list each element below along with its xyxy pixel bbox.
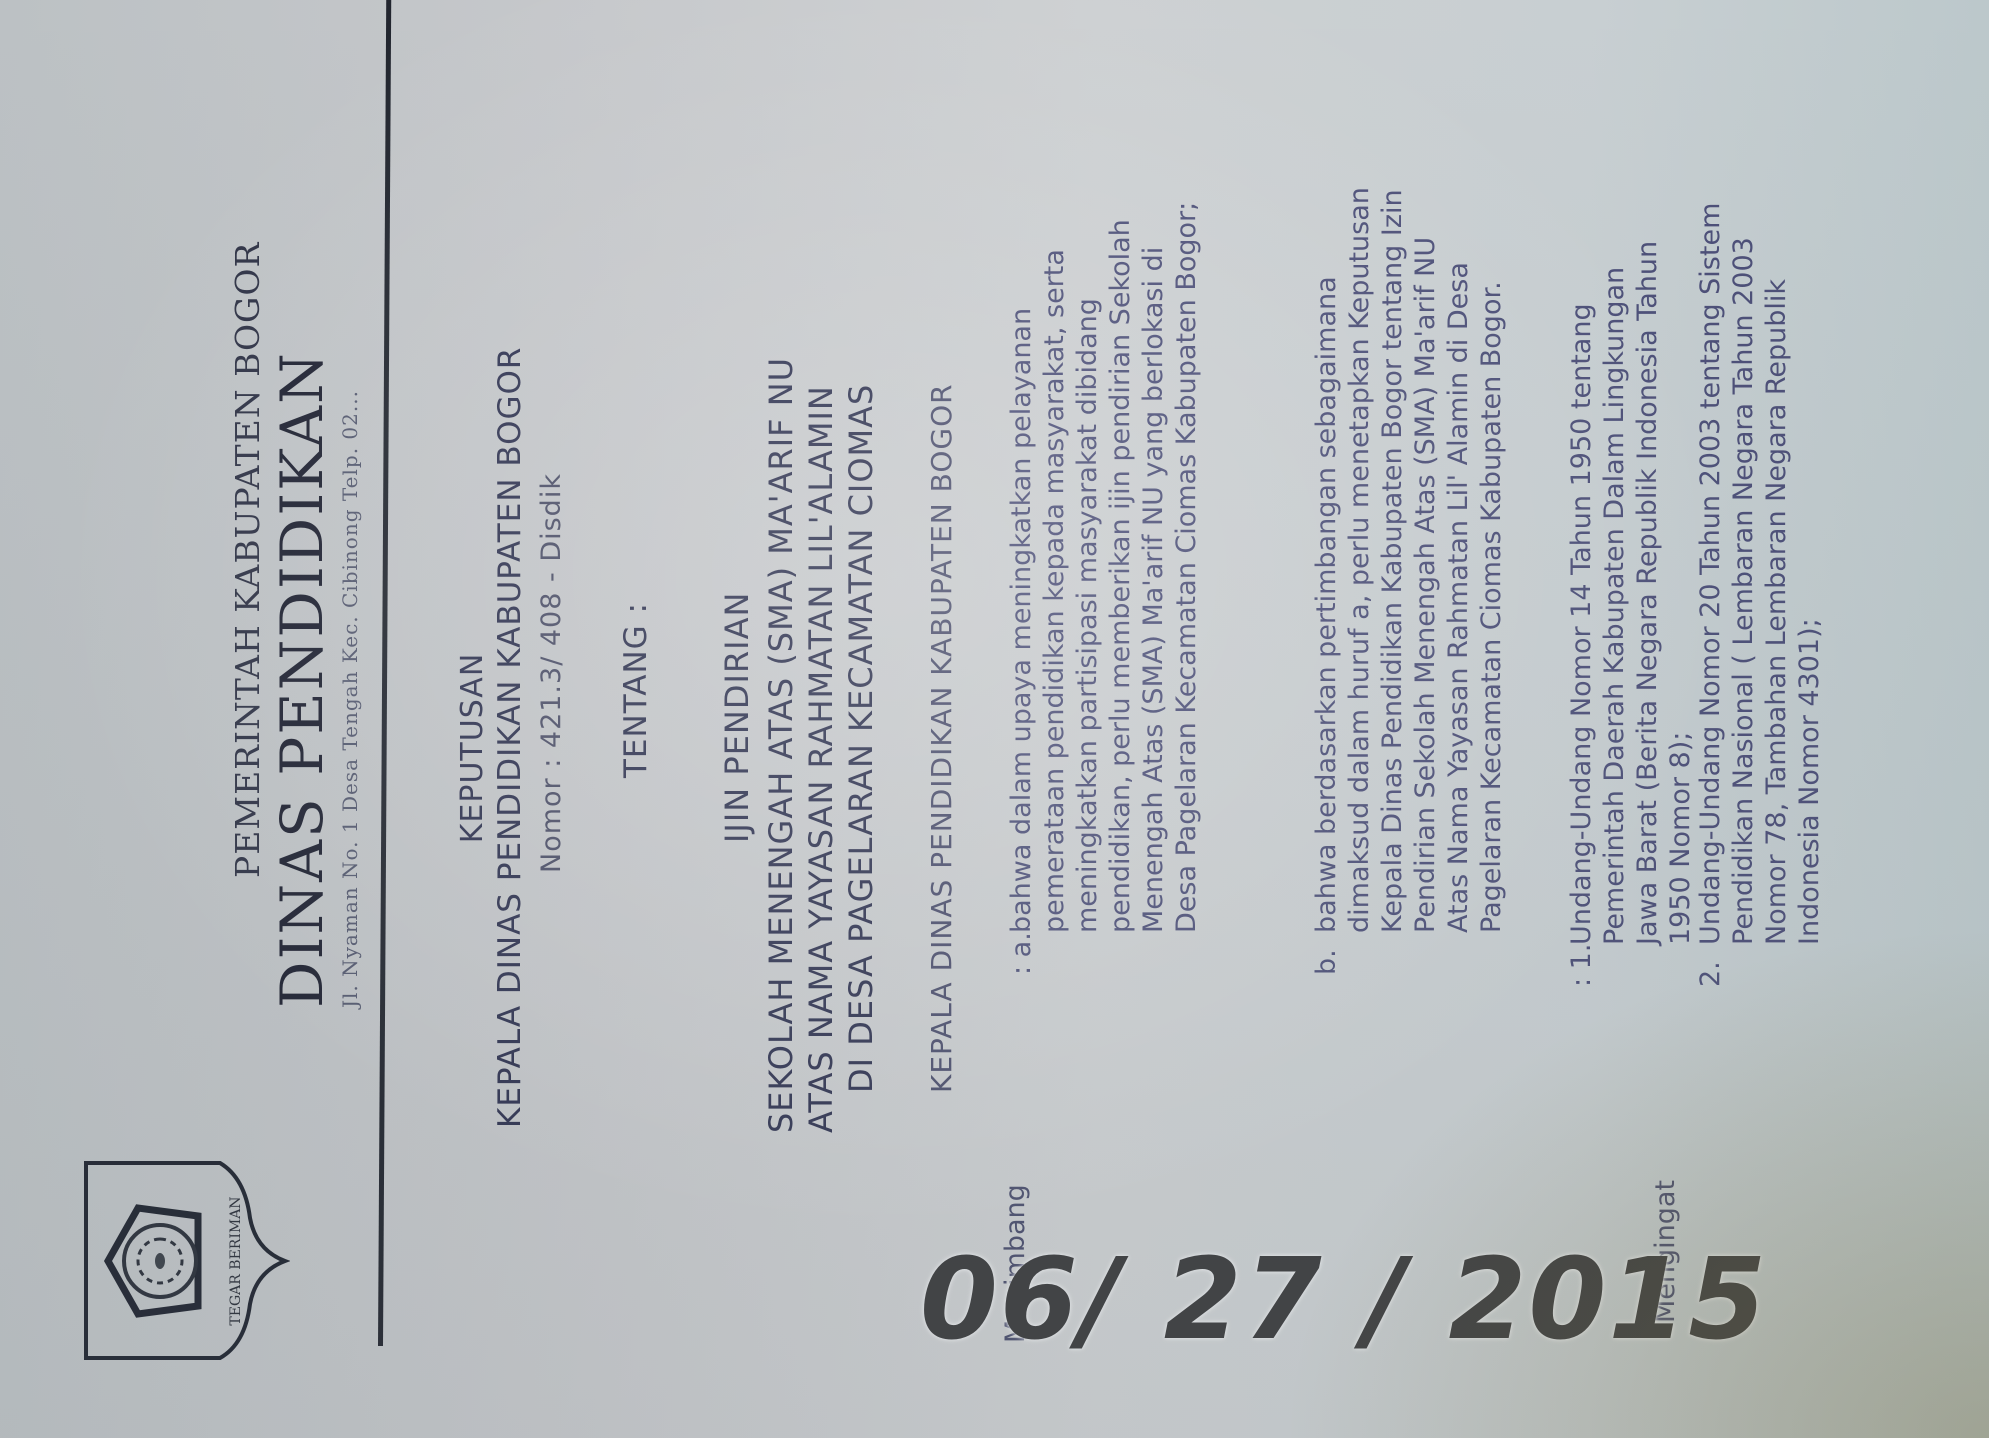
item-line: 1950 Nomor 8); xyxy=(1664,241,1697,945)
letterhead-divider xyxy=(378,0,392,1346)
item-line: meningkatkan partisipasi masyarakat dibi… xyxy=(1071,202,1104,933)
item-line: Pagelaran Kecamatan Ciomas Kabupaten Bog… xyxy=(1475,187,1508,933)
item-line: Kepala Dinas Pendidikan Kabupaten Bogor … xyxy=(1376,187,1409,933)
decree-number: Nomor : 421.3/ 408 - Disdik xyxy=(536,173,567,873)
item-line: Undang-Undang Nomor 20 Tahun 2003 tentan… xyxy=(1694,203,1727,945)
item-line: Pendidikan Nasional ( Lembaran Negara Ta… xyxy=(1727,203,1760,945)
item-line: Undang-Undang Nomor 14 Tahun 1950 tentan… xyxy=(1565,241,1598,945)
item-marker: : 1. xyxy=(1565,944,1598,987)
item-line: Desa Pagelaran Kecamatan Ciomas Kabupate… xyxy=(1170,202,1203,933)
item-marker: : a. xyxy=(1005,932,1038,975)
item-line: Pendirian Sekolah Menengah Atas (SMA) Ma… xyxy=(1409,187,1442,933)
kabupaten-bogor-crest-icon: TEGAR BERIMAN xyxy=(80,1153,290,1368)
item-line: Pemerintah Daerah Kabupaten Dalam Lingku… xyxy=(1598,241,1631,945)
decree-heading: KEPUTUSAN xyxy=(455,558,490,938)
mengingat-item-1: : 1. Undang-Undang Nomor 14 Tahun 1950 t… xyxy=(1565,241,1697,945)
letterhead-address: Jl. Nyaman No. 1 Desa Tengah Kec. Cibino… xyxy=(338,390,362,1008)
decree-tentang: TENTANG : xyxy=(618,478,654,778)
document-page: TEGAR BERIMAN PEMERINTAH KABUPATEN BOGOR… xyxy=(0,0,1989,1438)
item-line: Menengah Atas (SMA) Ma'arif NU yang berl… xyxy=(1137,202,1170,933)
decree-subject-line: ATAS NAMA YAYASAN RAHMATAN LIL'ALAMIN xyxy=(802,33,840,1133)
item-line: bahwa berdasarkan pertimbangan sebagaima… xyxy=(1310,187,1343,933)
item-line: Jawa Barat (Berita Negara Republik Indon… xyxy=(1631,241,1664,945)
letterhead-government: PEMERINTAH KABUPATEN BOGOR xyxy=(228,242,267,878)
menimbang-item-b: b. bahwa berdasarkan pertimbangan sebaga… xyxy=(1310,187,1508,933)
decree-subject-heading: IJIN PENDIRIAN xyxy=(718,443,756,843)
letterhead-agency: DINAS PENDIDIKAN xyxy=(268,351,336,1008)
decree-authority: KEPALA DINAS PENDIDIKAN KABUPATEN BOGOR xyxy=(925,193,958,1093)
item-line: pemerataan pendidikan kepada masyarakat,… xyxy=(1038,202,1071,933)
decree-subject-line: DI DESA PAGELARAN KECAMATAN CIOMAS xyxy=(842,0,880,1093)
item-line: Indonesia Nomor 4301); xyxy=(1793,203,1826,945)
item-line: bahwa dalam upaya meningkatkan pelayanan xyxy=(1005,202,1038,933)
decree-subject-line: SEKOLAH MENENGAH ATAS (SMA) MA'ARIF NU xyxy=(762,33,800,1133)
item-line: Atas Nama Yayasan Rahmatan Lil' Alamin d… xyxy=(1442,187,1475,933)
item-line: Nomor 78, Tambahan Lembaran Negara Repub… xyxy=(1760,203,1793,945)
document-photo: TEGAR BERIMAN PEMERINTAH KABUPATEN BOGOR… xyxy=(0,0,1989,1438)
photo-timestamp: 06/ 27 / 2015 xyxy=(920,1235,1768,1365)
item-line: pendidikan, perlu memberikan ijin pendir… xyxy=(1104,202,1137,933)
item-marker: 2. xyxy=(1694,961,1727,987)
logo-motto: TEGAR BERIMAN xyxy=(228,1196,244,1325)
menimbang-item-a: : a. bahwa dalam upaya meningkatkan pela… xyxy=(1005,202,1203,933)
decree-issuer: KEPALA DINAS PENDIDIKAN KABUPATEN BOGOR xyxy=(492,128,528,1128)
item-line: dimaksud dalam huruf a, perlu menetapkan… xyxy=(1343,187,1376,933)
item-marker: b. xyxy=(1310,949,1343,975)
mengingat-item-2: 2. Undang-Undang Nomor 20 Tahun 2003 ten… xyxy=(1694,203,1826,945)
